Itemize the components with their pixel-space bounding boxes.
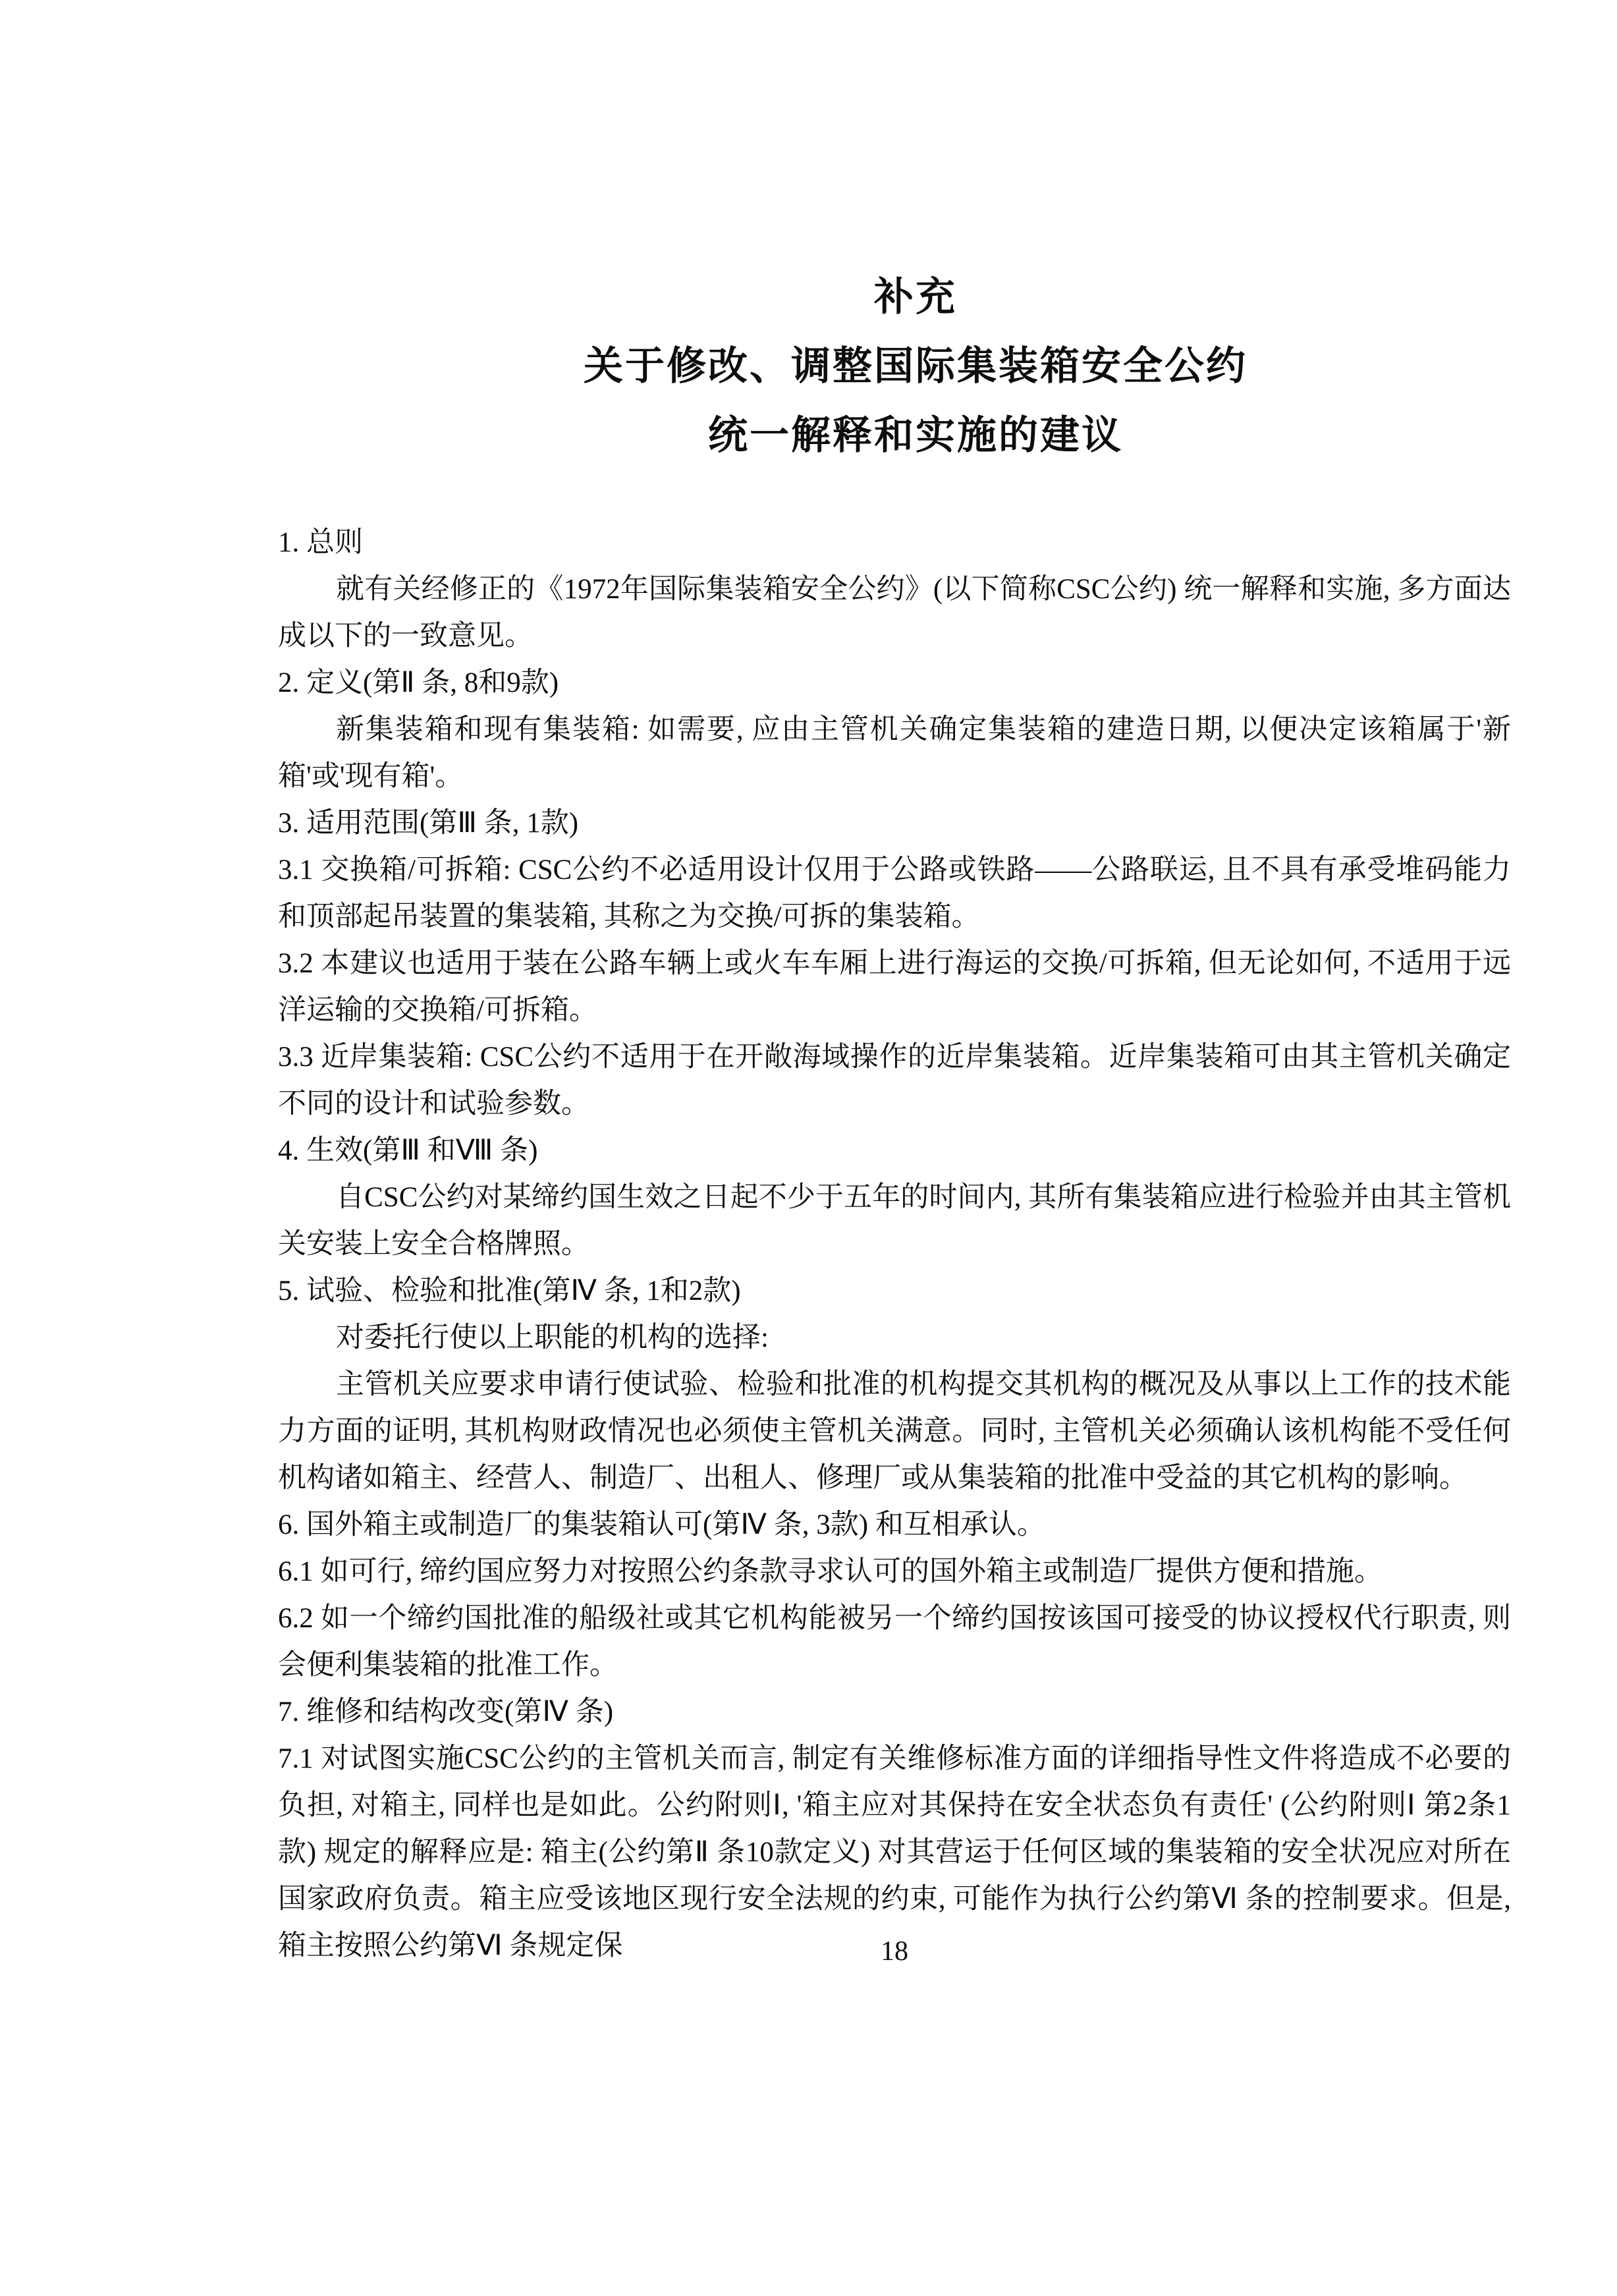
paragraph: 6.1 如可行, 缔约国应努力对按照公约条款寻求认可的国外箱主或制造厂提供方便和… (278, 1548, 1511, 1595)
paragraph: 3. 适用范围(第Ⅲ 条, 1款) (278, 800, 1511, 847)
paragraph: 7. 维修和结构改变(第Ⅳ 条) (278, 1689, 1511, 1735)
paragraph: 7.1 对试图实施CSC公约的主管机关而言, 制定有关维修标准方面的详细指导性文… (278, 1735, 1511, 1969)
paragraph: 6.2 如一个缔约国批准的船级社或其它机构能被另一个缔约国按该国可接受的协议授权… (278, 1595, 1511, 1689)
document-body: 1. 总则就有关经修正的《1972年国际集装箱安全公约》(以下简称CSC公约) … (278, 519, 1511, 1969)
paragraph: 4. 生效(第Ⅲ 和Ⅷ 条) (278, 1127, 1511, 1174)
paragraph: 3.2 本建议也适用于装在公路车辆上或火车车厢上进行海运的交换/可拆箱, 但无论… (278, 940, 1511, 1034)
paragraph: 3.3 近岸集装箱: CSC公约不适用于在开敞海域操作的近岸集装箱。近岸集装箱可… (278, 1034, 1511, 1127)
paragraph: 就有关经修正的《1972年国际集装箱安全公约》(以下简称CSC公约) 统一解释和… (278, 566, 1511, 659)
paragraph: 6. 国外箱主或制造厂的集装箱认可(第Ⅳ 条, 3款) 和互相承认。 (278, 1501, 1511, 1548)
paragraph: 3.1 交换箱/可拆箱: CSC公约不必适用设计仅用于公路或铁路——公路联运, … (278, 847, 1511, 940)
title-line-supplement: 补充 (277, 262, 1554, 331)
title-line-sub: 统一解释和实施的建议 (277, 401, 1554, 470)
document-title: 补充 关于修改、调整国际集装箱安全公约 统一解释和实施的建议 (277, 262, 1554, 470)
paragraph: 1. 总则 (278, 519, 1511, 566)
page-number: 18 (278, 1936, 1511, 1967)
paragraph: 对委托行使以上职能的机构的选择: (278, 1314, 1511, 1361)
paragraph: 新集装箱和现有集装箱: 如需要, 应由主管机关确定集装箱的建造日期, 以便决定该… (278, 706, 1511, 800)
paragraph: 自CSC公约对某缔约国生效之日起不少于五年的时间内, 其所有集装箱应进行检验并由… (278, 1174, 1511, 1268)
paragraph: 主管机关应要求申请行使试验、检验和批准的机构提交其机构的概况及从事以上工作的技术… (278, 1361, 1511, 1501)
paragraph: 5. 试验、检验和批准(第Ⅳ 条, 1和2款) (278, 1268, 1511, 1314)
paragraph: 2. 定义(第Ⅱ 条, 8和9款) (278, 659, 1511, 706)
title-line-main: 关于修改、调整国际集装箱安全公约 (277, 331, 1554, 401)
document-page: 补充 关于修改、调整国际集装箱安全公约 统一解释和实施的建议 1. 总则就有关经… (0, 0, 1617, 2296)
